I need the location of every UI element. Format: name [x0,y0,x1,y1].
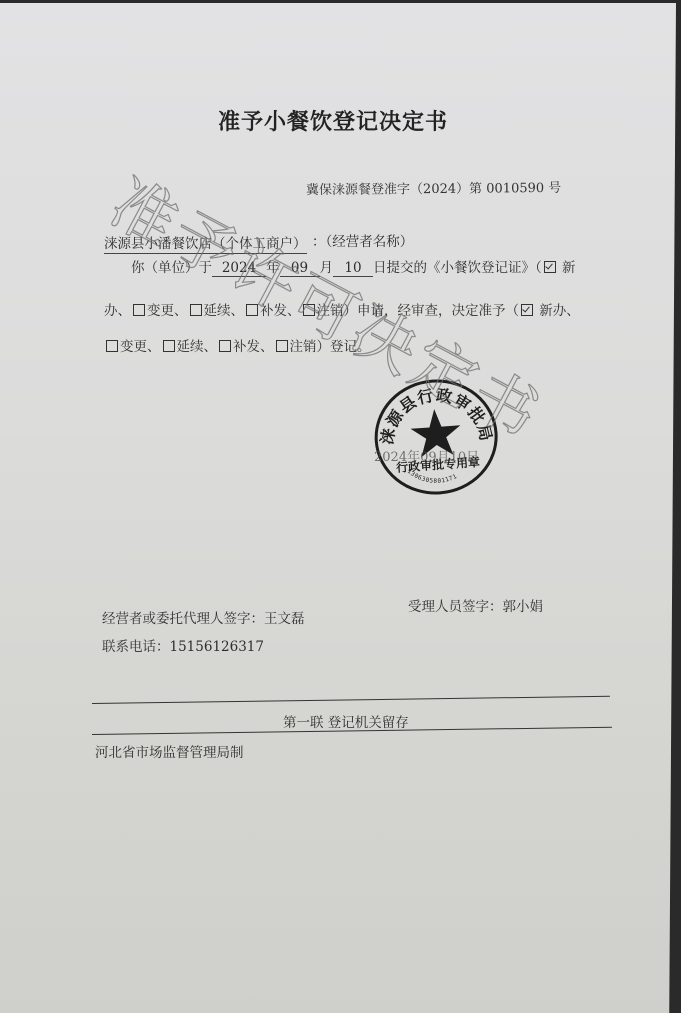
body-line-2: 办、变更、延续、补发、注销）申请，经审查，决定准予（ 新办、 [104,299,580,319]
grant-extend-checkbox [163,340,175,352]
grant-cancel-checkbox [276,340,288,352]
apply-extend-checkbox [190,304,202,316]
document-number: 冀保涞源餐登准字（2024）第 0010590 号 [306,177,561,198]
apply-cancel-label: 注销）申请，经审查，决定准予（ [317,303,520,319]
apply-extend-label: 延续、 [204,303,245,319]
grant-reissue-label: 补发、 [233,339,274,355]
body-prefix: 你（单位）于 [131,260,212,276]
official-seal-icon: 涞源县行政审批局 行政审批专用章 1306305801171 [368,371,504,500]
operator-signature-value: 王文磊 [264,611,305,627]
document-page: 准予小餐饮登记决定书 冀保涞源餐登准字（2024）第 0010590 号 涞源县… [0,3,676,1013]
apply-new-checkbox [544,261,556,273]
operator-name: 涞源县小潘餐饮店（个体工商户） [104,232,307,254]
month-field: 09 [280,260,320,277]
grant-change-checkbox [106,340,118,352]
phone-value: 15156126317 [170,639,264,655]
phone-label: 联系电话： [102,639,170,655]
operator-signature-label: 经营者或委托代理人签字： [102,611,264,627]
apply-change-checkbox [133,304,145,316]
grant-new-checkbox [521,304,533,316]
issuer-label: 河北省市场监督管理局制 [95,741,244,761]
grant-change-label: 变更、 [120,339,161,355]
grant-new-label: 新办、 [539,303,580,319]
day-field: 10 [333,260,373,277]
month-unit: 月 [320,260,334,276]
apply-change-label: 变更、 [147,303,188,319]
day-unit: 日提交的《小餐饮登记证》（ [373,260,542,276]
apply-reissue-label: 补发、 [260,303,301,319]
operator-name-label: ：（经营者名称） [312,230,413,250]
year-field: 2024 [212,260,266,277]
seal-date: 2024年09月10日 [374,446,479,465]
apply-cancel-checkbox [303,304,315,316]
grant-extend-label: 延续、 [177,339,218,355]
apply-reissue-checkbox [246,304,258,316]
document-title: 准予小餐饮登记决定书 [218,105,448,136]
year-unit: 年 [266,260,280,276]
body-line-1: 你（单位）于2024年09月10日提交的《小餐饮登记证》（ 新 [131,256,576,277]
receiver-signature-value: 郭小娟 [503,599,544,615]
receiver-signature: 受理人员签字：郭小娟 [408,595,543,615]
grant-reissue-checkbox [219,340,231,352]
copy-label: 第一联 登记机关留存 [283,711,409,731]
apply-new-label-cont: 办、 [104,303,131,319]
grant-cancel-label: 注销）登记。 [290,339,371,355]
operator-signature: 经营者或委托代理人签字：王文磊 [102,607,305,627]
apply-new-label: 新 [562,260,576,276]
divider-top [92,696,610,704]
receiver-signature-label: 受理人员签字： [408,599,503,615]
body-line-3: 变更、延续、补发、注销）登记。 [104,335,371,355]
contact-phone: 联系电话：15156126317 [102,635,264,655]
